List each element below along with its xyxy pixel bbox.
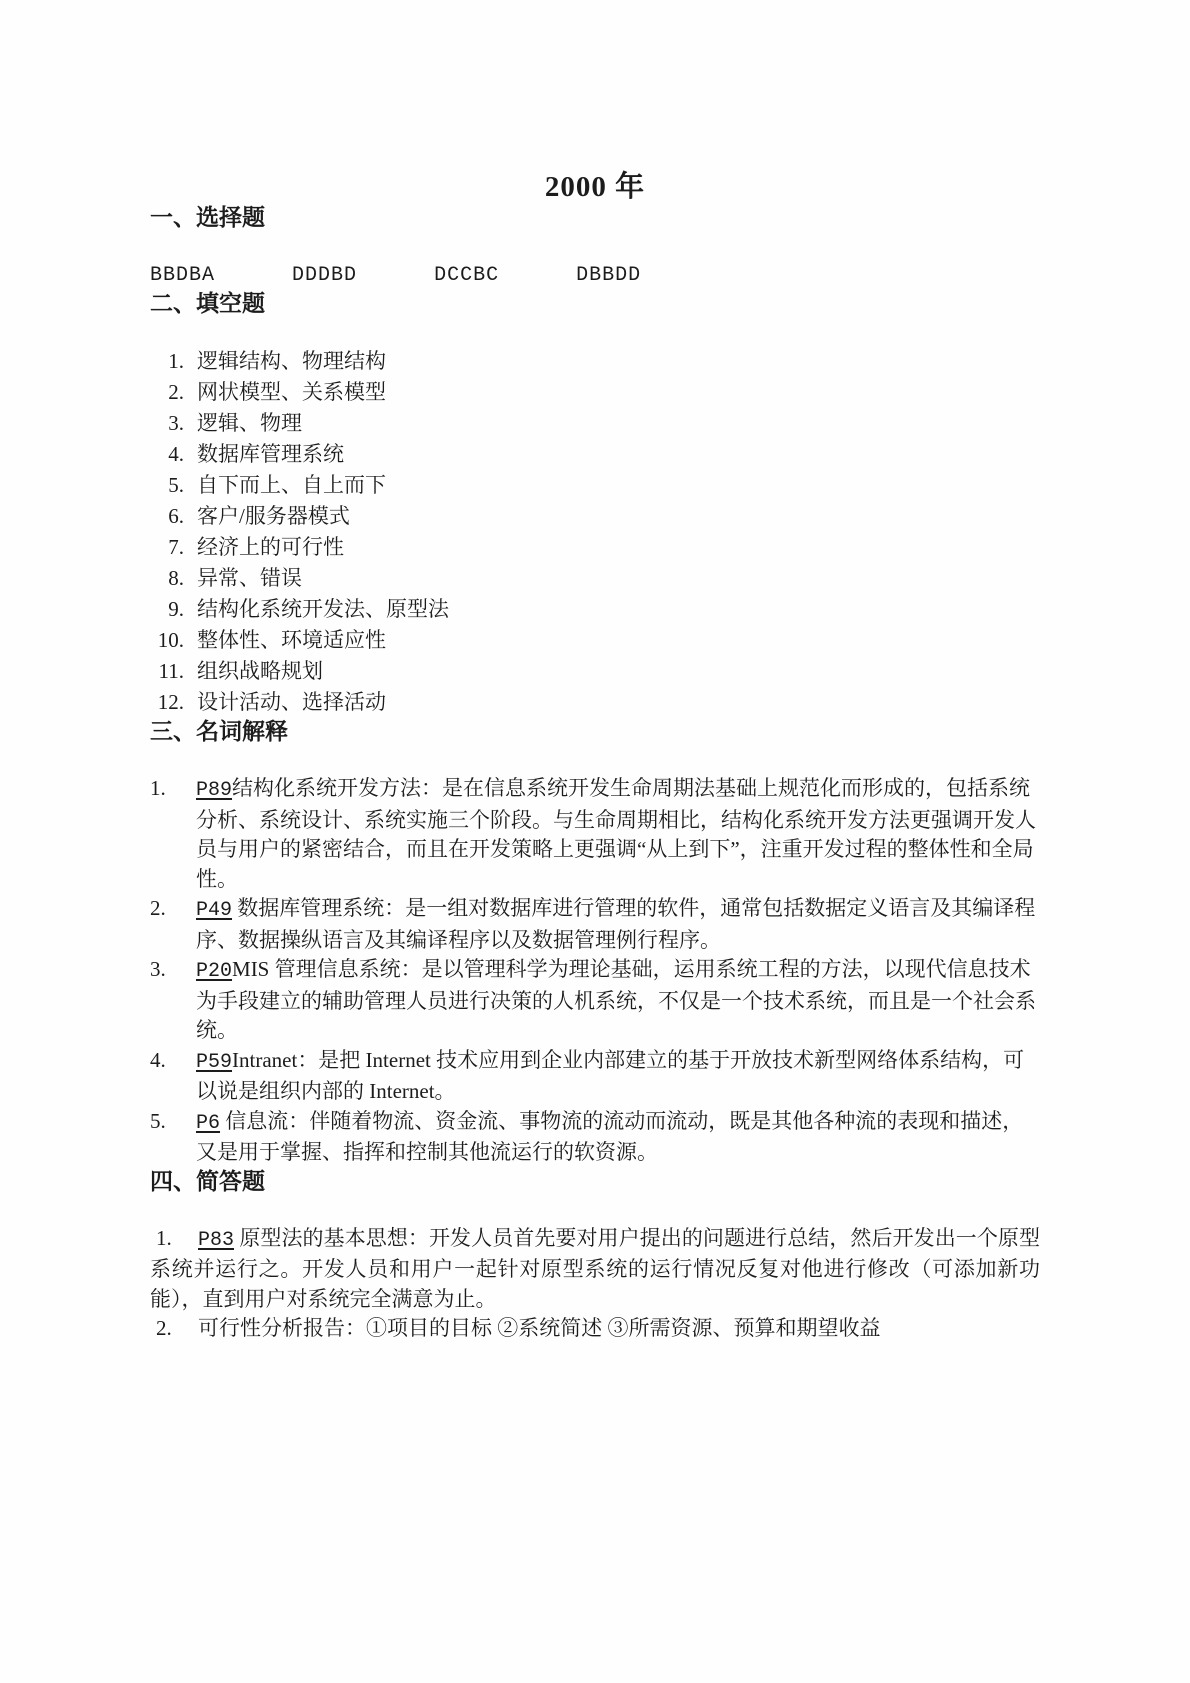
term-definition-list: 1. P89结构化系统开发方法：是在信息系统开发生命周期法基础上规范化而形成的，…	[150, 774, 1040, 1168]
answer-group: DCCBC	[434, 261, 499, 290]
item-text: 组织战略规划	[184, 656, 323, 687]
term-item: 4. P59Intranet：是把 Internet 技术应用到企业内部建立的基…	[150, 1046, 1040, 1107]
item-number: 3.	[150, 955, 196, 1046]
blank-answer-list: 1.逻辑结构、物理结构 2.网状模型、关系模型 3.逻辑、物理 4.数据库管理系…	[150, 346, 1040, 718]
list-item: 8.异常、错误	[150, 563, 1040, 594]
term-body: P59Intranet：是把 Internet 技术应用到企业内部建立的基于开放…	[196, 1046, 1040, 1107]
list-item: 1.逻辑结构、物理结构	[150, 346, 1040, 377]
item-text: 结构化系统开发法、原型法	[184, 594, 449, 625]
term-text: 信息流：伴随着物流、资金流、事物流的流动而流动，既是其他各种流的表现和描述，又是…	[196, 1109, 1023, 1165]
short-answer-list: 1.P83 原型法的基本思想：开发人员首先要对用户提出的问题进行总结，然后开发出…	[150, 1224, 1040, 1346]
section-heading-terms: 三、名词解释	[150, 718, 1040, 746]
item-number: 1.	[150, 346, 184, 377]
page-ref: P59	[196, 1051, 232, 1074]
item-number: 6.	[150, 501, 184, 532]
term-item: 5. P6 信息流：伴随着物流、资金流、事物流的流动而流动，既是其他各种流的表现…	[150, 1107, 1040, 1168]
page-ref: P89	[196, 779, 232, 802]
section-heading-choice: 一、选择题	[150, 204, 1040, 232]
item-number: 8.	[150, 563, 184, 594]
list-item: 3.逻辑、物理	[150, 408, 1040, 439]
item-text: 设计活动、选择活动	[184, 687, 386, 718]
document-page: 2000 年 一、选择题 BBDBA DDDBD DCCBC DBBDD 二、填…	[0, 0, 1190, 1683]
choice-answers-row: BBDBA DDDBD DCCBC DBBDD	[150, 261, 1040, 290]
list-item: 2.网状模型、关系模型	[150, 377, 1040, 408]
item-number: 4.	[150, 1046, 196, 1107]
item-number: 4.	[150, 439, 184, 470]
list-item: 4.数据库管理系统	[150, 439, 1040, 470]
document-content: 2000 年 一、选择题 BBDBA DDDBD DCCBC DBBDD 二、填…	[150, 170, 1040, 1346]
term-text: 结构化系统开发方法：是在信息系统开发生命周期法基础上规范化而形成的，包括系统分析…	[196, 776, 1036, 891]
list-item: 5.自下而上、自上而下	[150, 470, 1040, 501]
item-number: 11.	[150, 656, 184, 687]
term-item: 3. P20MIS 管理信息系统：是以管理科学为理论基础，运用系统工程的方法，以…	[150, 955, 1040, 1046]
term-item: 2. P49 数据库管理系统：是一组对数据库进行管理的软件，通常包括数据定义语言…	[150, 894, 1040, 955]
item-text: 逻辑、物理	[184, 408, 302, 439]
list-item: 10.整体性、环境适应性	[150, 625, 1040, 656]
list-item: 11.组织战略规划	[150, 656, 1040, 687]
answer-group: DDDBD	[292, 261, 357, 290]
term-text: 数据库管理系统：是一组对数据库进行管理的软件，通常包括数据定义语言及其编译程序、…	[196, 896, 1035, 952]
item-text: 数据库管理系统	[184, 439, 344, 470]
term-text: Intranet：是把 Internet 技术应用到企业内部建立的基于开放技术新…	[196, 1048, 1024, 1104]
list-item: 7.经济上的可行性	[150, 532, 1040, 563]
answer-text: 可行性分析报告：①项目的目标 ②系统简述 ③所需资源、预算和期望收益	[198, 1316, 881, 1340]
item-number: 3.	[150, 408, 184, 439]
item-number: 2.	[156, 1314, 180, 1344]
short-answer-item: 2.可行性分析报告：①项目的目标 ②系统简述 ③所需资源、预算和期望收益	[150, 1314, 1040, 1346]
section-heading-blanks: 二、填空题	[150, 290, 1040, 318]
list-item: 6.客户/服务器模式	[150, 501, 1040, 532]
term-body: P89结构化系统开发方法：是在信息系统开发生命周期法基础上规范化而形成的，包括系…	[196, 774, 1040, 894]
answer-text: 原型法的基本思想：开发人员首先要对用户提出的问题进行总结，然后开发出一个原型系统…	[150, 1226, 1040, 1311]
short-answer-item: 1.P83 原型法的基本思想：开发人员首先要对用户提出的问题进行总结，然后开发出…	[150, 1224, 1040, 1315]
item-number: 9.	[150, 594, 184, 625]
item-number: 2.	[150, 894, 196, 955]
term-item: 1. P89结构化系统开发方法：是在信息系统开发生命周期法基础上规范化而形成的，…	[150, 774, 1040, 894]
item-text: 异常、错误	[184, 563, 302, 594]
item-text: 客户/服务器模式	[184, 501, 350, 532]
item-text: 经济上的可行性	[184, 532, 344, 563]
page-title: 2000 年	[150, 170, 1040, 204]
list-item: 9.结构化系统开发法、原型法	[150, 594, 1040, 625]
list-item: 12.设计活动、选择活动	[150, 687, 1040, 718]
item-number: 12.	[150, 687, 184, 718]
section-heading-short-answers: 四、简答题	[150, 1168, 1040, 1196]
item-number: 5.	[150, 1107, 196, 1168]
page-ref: P83	[198, 1229, 234, 1252]
page-ref: P20	[196, 960, 232, 983]
term-body: P20MIS 管理信息系统：是以管理科学为理论基础，运用系统工程的方法，以现代信…	[196, 955, 1040, 1046]
term-text: MIS 管理信息系统：是以管理科学为理论基础，运用系统工程的方法，以现代信息技术…	[196, 957, 1036, 1042]
item-text: 逻辑结构、物理结构	[184, 346, 386, 377]
item-number: 10.	[150, 625, 184, 656]
item-number: 1.	[156, 1224, 180, 1254]
item-number: 2.	[150, 377, 184, 408]
item-number: 5.	[150, 470, 184, 501]
item-number: 7.	[150, 532, 184, 563]
page-ref: P49	[196, 899, 232, 922]
page-ref: P6	[196, 1112, 220, 1135]
item-text: 自下而上、自上而下	[184, 470, 386, 501]
term-body: P49 数据库管理系统：是一组对数据库进行管理的软件，通常包括数据定义语言及其编…	[196, 894, 1040, 955]
term-body: P6 信息流：伴随着物流、资金流、事物流的流动而流动，既是其他各种流的表现和描述…	[196, 1107, 1040, 1168]
answer-group: BBDBA	[150, 261, 215, 290]
answer-group: DBBDD	[576, 261, 641, 290]
item-text: 网状模型、关系模型	[184, 377, 386, 408]
item-number: 1.	[150, 774, 196, 894]
item-text: 整体性、环境适应性	[184, 625, 386, 656]
